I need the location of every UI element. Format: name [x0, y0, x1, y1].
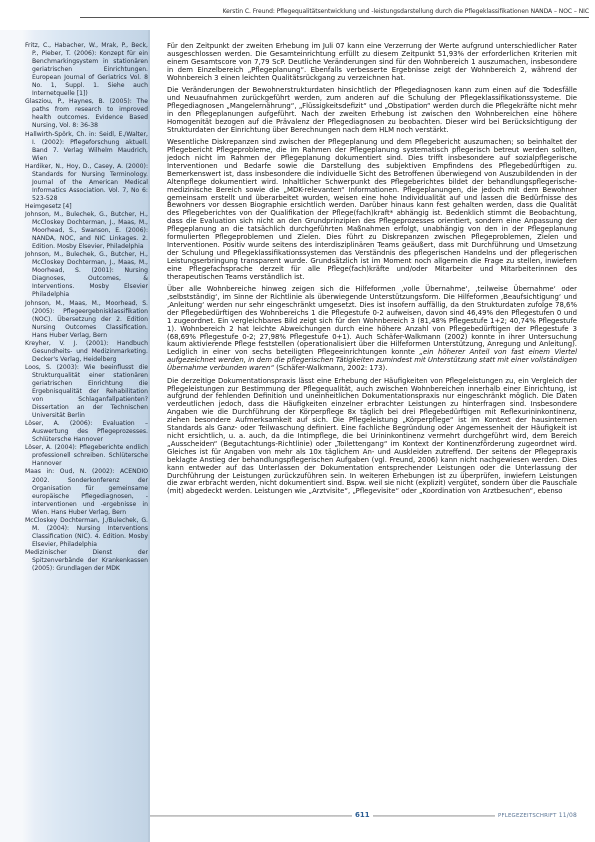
running-header: Kerstin C. Freund: Pflegequalitätsentwic…: [80, 8, 589, 18]
issue-number: 11/08: [557, 812, 577, 819]
paragraph-resident-structure: Die Veränderungen der Bewohnerstrukturda…: [167, 87, 577, 134]
page-footer: 611 Pflegezeitschrift 11/08: [150, 810, 595, 822]
reference-item: McCloskey Dochterman, J./Bulechek, G. M.…: [25, 517, 148, 549]
reference-item: Johnson, M., Maas, M., Moorhead, S. (200…: [25, 300, 148, 340]
hilfeformen-citation: (Schäfer-Walkmann, 2002: 173).: [274, 364, 388, 372]
page-number: 611: [352, 810, 373, 821]
reference-item: Medizinischer Dienst der Spitzenverbände…: [25, 549, 148, 573]
reference-list: Fritz, C., Habacher, W., Mrak, P., Beck,…: [25, 42, 148, 573]
reference-item: Heimgesetz [4]: [25, 203, 148, 211]
reference-item: Hallwirth-Spörk, Ch. in: Seidl, E./Walte…: [25, 131, 148, 163]
reference-item: Johnson, M., Bulechek, G., Butcher, H., …: [25, 251, 148, 299]
reference-item: Kreyher, V. J. (2001): Handbuch Gesundhe…: [25, 340, 148, 364]
reference-item: Maas in: Oud, N. (2002): ACENDIO 2002. S…: [25, 468, 148, 516]
reference-item: Fritz, C., Habacher, W., Mrak, P., Beck,…: [25, 42, 148, 98]
paragraph-documentation-practice: Die derzeitige Dokumentationspraxis läss…: [167, 378, 577, 497]
journal-name: Pflegezeitschrift: [498, 813, 557, 819]
journal-issue: Pflegezeitschrift 11/08: [498, 810, 577, 822]
running-title: Kerstin C. Freund: Pflegequalitätsentwic…: [223, 8, 589, 15]
reference-item: Löser, A. (2004): Pflegeberichte endlich…: [25, 444, 148, 468]
main-body-text: Für den Zeitpunkt der zweiten Erhebung i…: [167, 43, 577, 501]
paragraph-second-survey: Für den Zeitpunkt der zweiten Erhebung i…: [167, 43, 577, 83]
reference-item: Glasziou, P., Haynes, B. (2005): The pat…: [25, 98, 148, 130]
footer-rule: [150, 815, 495, 817]
hilfeformen-text: Über alle Wohnbereiche hinweg zeigen sic…: [167, 285, 577, 356]
reference-item: Johnson, M., Bulechek, G., Butcher, H., …: [25, 211, 148, 251]
reference-item: Loos, S. (2003): Wie beeinflusst die Str…: [25, 364, 148, 420]
reference-item: Löser, A. (2006): Evaluation – Auswertun…: [25, 420, 148, 444]
reference-item: Hardiker, N., Hoy, D., Casey, A. (2000):…: [25, 163, 148, 203]
paragraph-hilfeformen: Über alle Wohnbereiche hinweg zeigen sic…: [167, 286, 577, 373]
paragraph-discrepancies: Wesentliche Diskrepanzen sind zwischen d…: [167, 139, 577, 281]
